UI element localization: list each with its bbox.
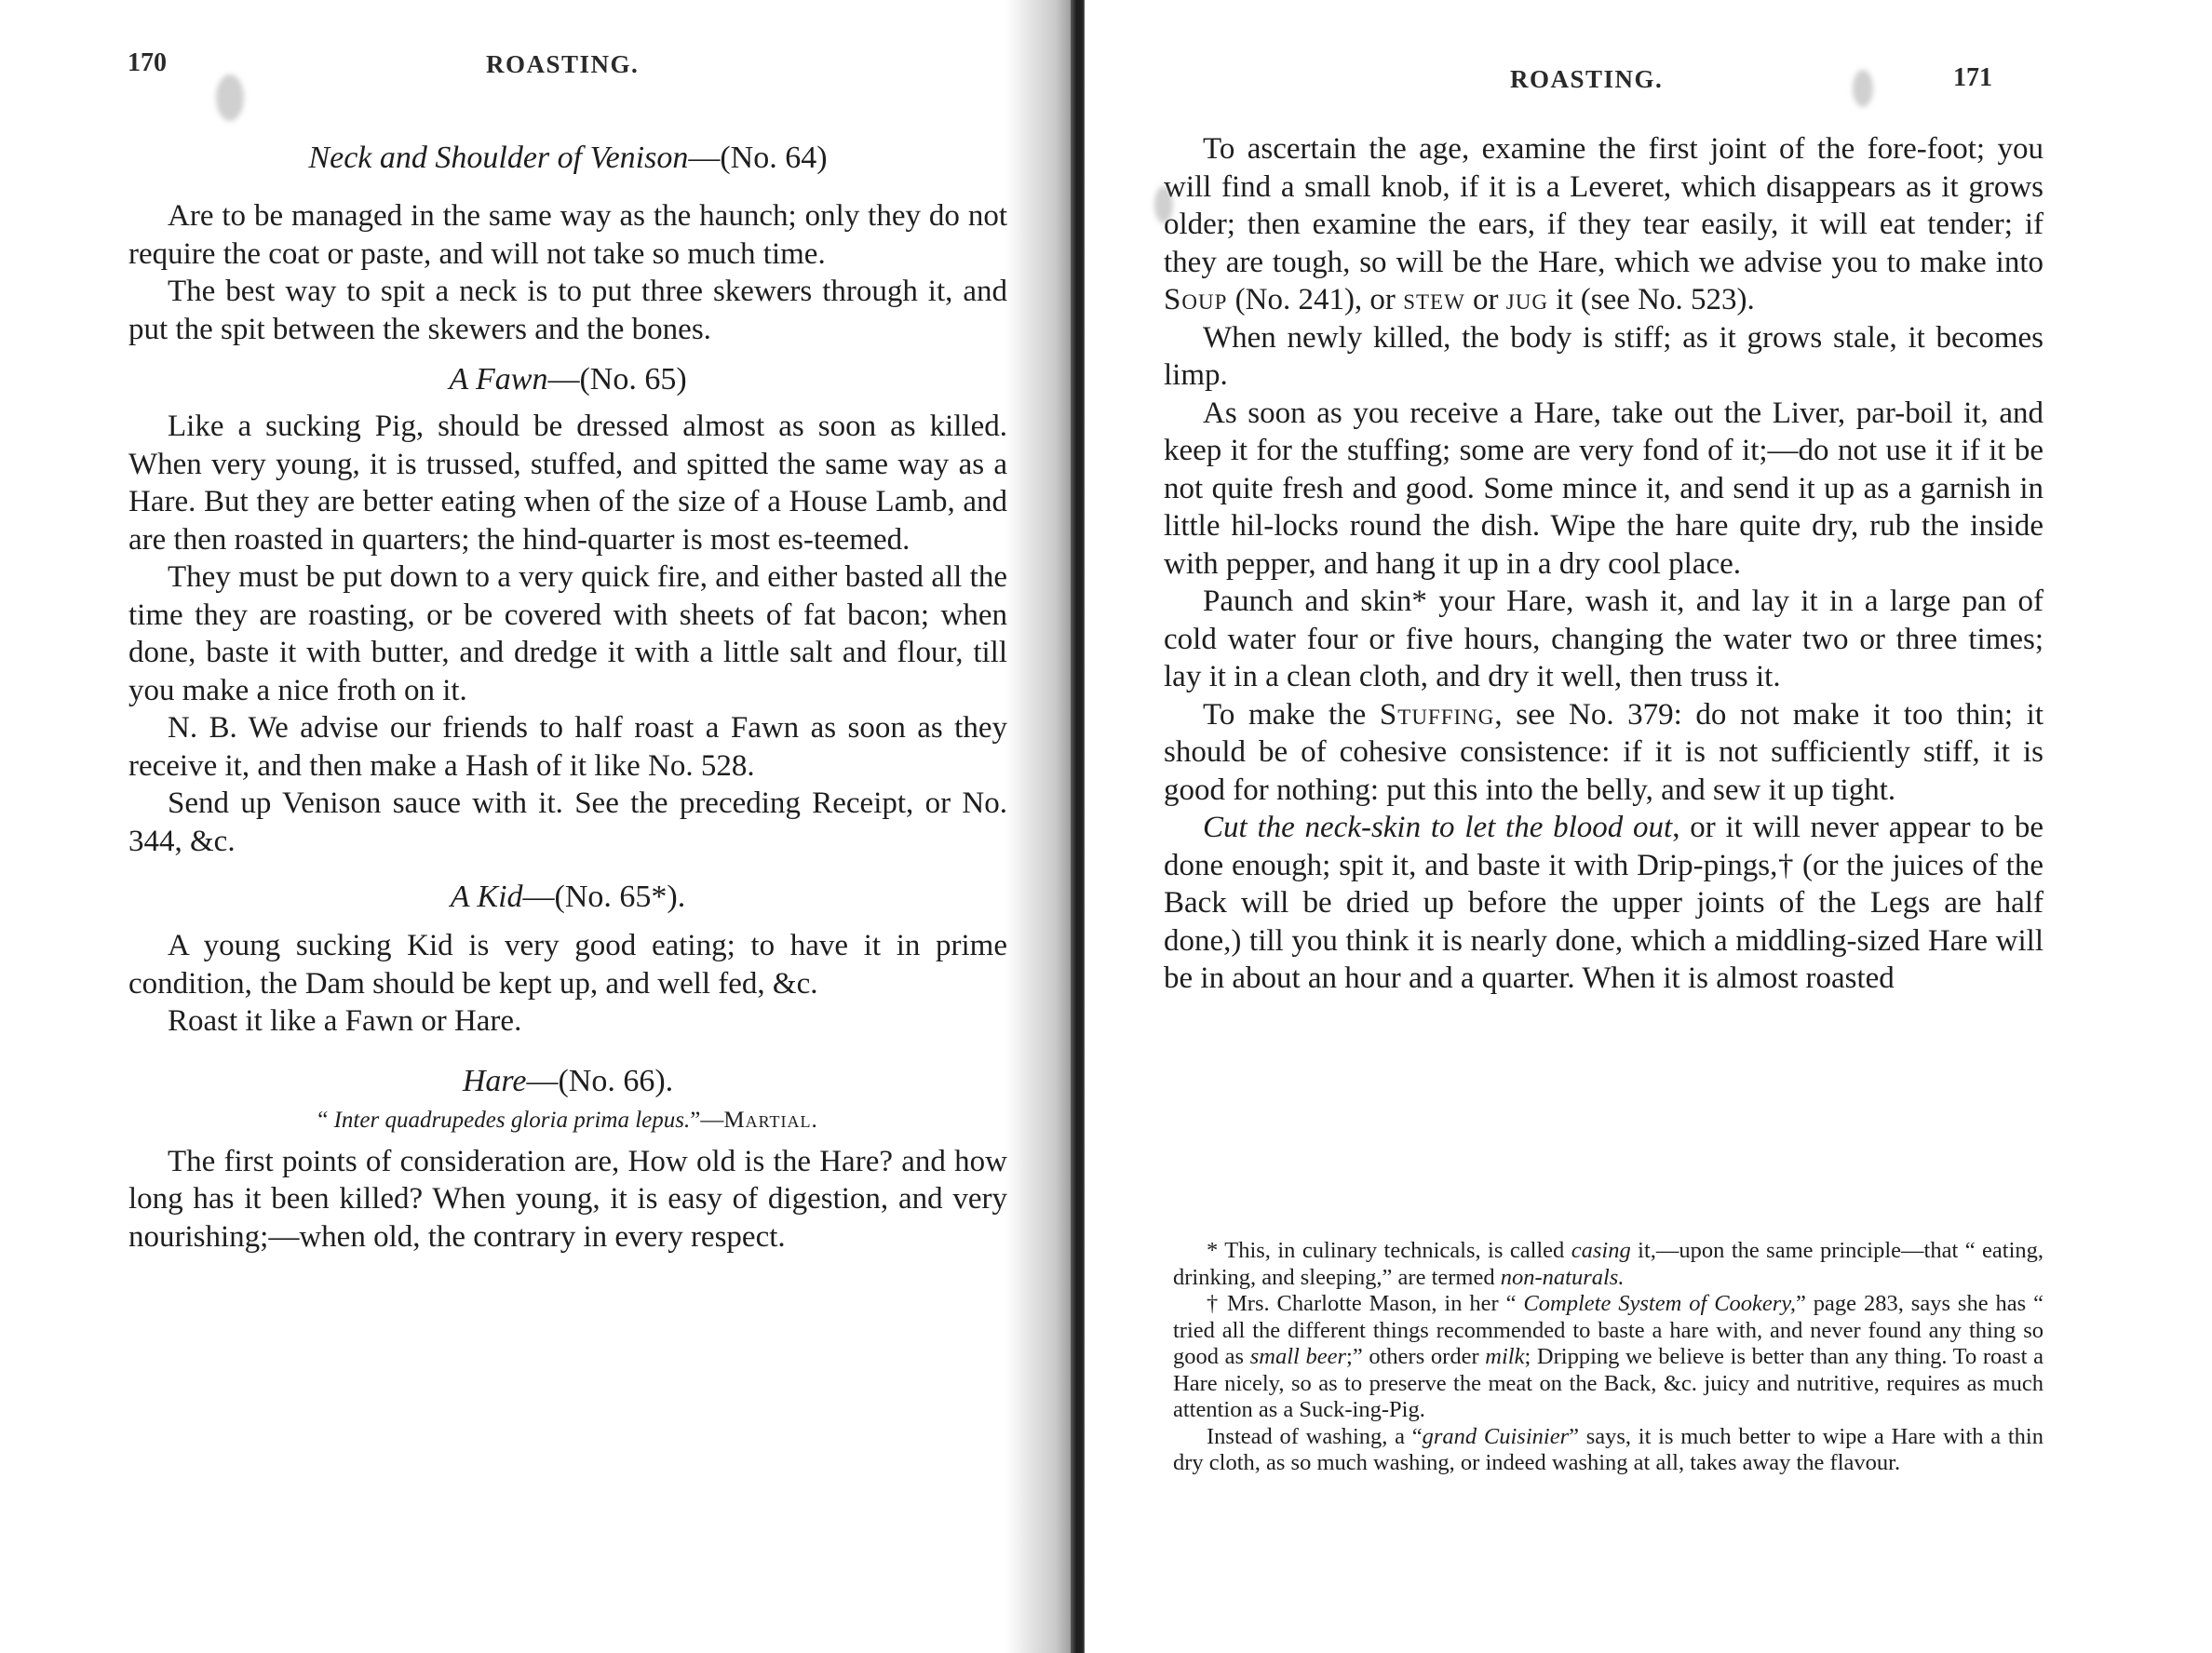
- small-caps-stuffing: Stuffing: [1380, 698, 1494, 732]
- text-run: Instead of washing, a “: [1207, 1424, 1423, 1449]
- small-caps-jug: jug: [1506, 283, 1548, 316]
- left-page: 170 ROASTING. Neck and Shoulder of Venis…: [0, 0, 1071, 1653]
- scan-blemish: [1853, 70, 1873, 107]
- section-title-text: A Fawn: [449, 362, 547, 396]
- page-number-right: 171: [1953, 63, 1992, 93]
- footnotes: * This, in culinary technicals, is calle…: [1173, 1238, 2043, 1477]
- book-spread: 170 ROASTING. Neck and Shoulder of Venis…: [0, 0, 2212, 1653]
- paragraph: Send up Venison sauce with it. See the p…: [128, 785, 1007, 860]
- italic-term: milk: [1485, 1344, 1524, 1369]
- section-number: —(No. 66).: [526, 1064, 673, 1098]
- text-run: it (see No. 523).: [1548, 283, 1755, 316]
- right-text-column: To ascertain the age, examine the first …: [1164, 130, 2043, 998]
- paragraph: As soon as you receive a Hare, take out …: [1164, 395, 2043, 584]
- left-text-column: Neck and Shoulder of Venison—(No. 64) Ar…: [128, 140, 1007, 1256]
- section-title-hare: Hare—(No. 66).: [128, 1063, 1007, 1100]
- section-number: —(No. 65): [547, 362, 686, 396]
- small-caps-soup: Soup: [1164, 283, 1227, 316]
- footnote-continuation: Instead of washing, a “grand Cuisinier” …: [1173, 1424, 2043, 1477]
- section-title-fawn: A Fawn—(No. 65): [128, 361, 1007, 398]
- paragraph: Like a sucking Pig, should be dressed al…: [128, 408, 1007, 558]
- italic-term: non-naturals.: [1501, 1265, 1625, 1290]
- section-title-neck-shoulder: Neck and Shoulder of Venison—(No. 64): [128, 140, 1007, 177]
- epigraph-open-quote: “: [317, 1108, 333, 1133]
- paragraph: To make the Stuffing, see No. 379: do no…: [1164, 696, 2043, 810]
- paragraph: Paunch and skin* your Hare, wash it, and…: [1164, 583, 2043, 696]
- footnote-asterisk: * This, in culinary technicals, is calle…: [1173, 1238, 2043, 1291]
- running-head-right: ROASTING.: [1510, 65, 1663, 94]
- scan-blemish: [1154, 186, 1173, 223]
- text-run: † Mrs. Charlotte Mason, in her “: [1207, 1291, 1523, 1316]
- italic-term: grand Cuisinier: [1423, 1424, 1569, 1449]
- section-title-kid: A Kid—(No. 65*).: [128, 879, 1007, 916]
- page-number-left: 170: [128, 48, 167, 78]
- footnote-dagger: † Mrs. Charlotte Mason, in her “ Complet…: [1173, 1291, 2043, 1424]
- paragraph: When newly killed, the body is stiff; as…: [1164, 319, 2043, 395]
- text-run: ;” others order: [1346, 1344, 1485, 1369]
- scan-blemish: [216, 74, 244, 121]
- text-run: To make the: [1203, 698, 1380, 732]
- section-title-text: A Kid: [451, 880, 523, 914]
- book-spine: [1071, 0, 1086, 1653]
- paragraph: N. B. We advise our friends to half roas…: [128, 709, 1007, 785]
- section-number: —(No. 65*).: [523, 880, 686, 914]
- text-run: To ascertain the age, examine the first …: [1164, 132, 2043, 279]
- paragraph: A young sucking Kid is very good eating;…: [128, 927, 1007, 1002]
- paragraph: They must be put down to a very quick fi…: [128, 558, 1007, 709]
- italic-term: small beer: [1250, 1344, 1346, 1369]
- epigraph-quote: Inter quadrupedes gloria prima lepus.: [334, 1108, 691, 1133]
- paragraph: Are to be managed in the same way as the…: [128, 197, 1007, 273]
- paragraph: To ascertain the age, examine the first …: [1164, 130, 2043, 319]
- epigraph-close-quote: ”—: [690, 1108, 723, 1133]
- running-head-left: ROASTING.: [486, 50, 639, 79]
- section-title-text: Neck and Shoulder of Venison: [308, 141, 688, 175]
- paragraph: The first points of consideration are, H…: [128, 1143, 1007, 1257]
- italic-instruction: Cut the neck-skin to let the blood out: [1203, 811, 1672, 844]
- italic-term: casing: [1571, 1238, 1631, 1263]
- text-run: or: [1465, 283, 1506, 316]
- paragraph: Roast it like a Fawn or Hare.: [128, 1002, 1007, 1041]
- text-run: (No. 241), or: [1227, 283, 1403, 316]
- section-title-text: Hare: [463, 1064, 527, 1098]
- text-run: * This, in culinary technicals, is calle…: [1207, 1238, 1571, 1263]
- book-title: Complete System of Cookery,: [1523, 1291, 1796, 1316]
- small-caps-stew: stew: [1403, 283, 1465, 316]
- epigraph-author: Martial.: [723, 1108, 817, 1133]
- epigraph: “ Inter quadrupedes gloria prima lepus.”…: [128, 1104, 1007, 1137]
- section-number: —(No. 64): [688, 141, 827, 175]
- paragraph: Cut the neck-skin to let the blood out, …: [1164, 809, 2043, 998]
- gutter-shadow: [1005, 0, 1072, 1653]
- paragraph: The best way to spit a neck is to put th…: [128, 273, 1007, 348]
